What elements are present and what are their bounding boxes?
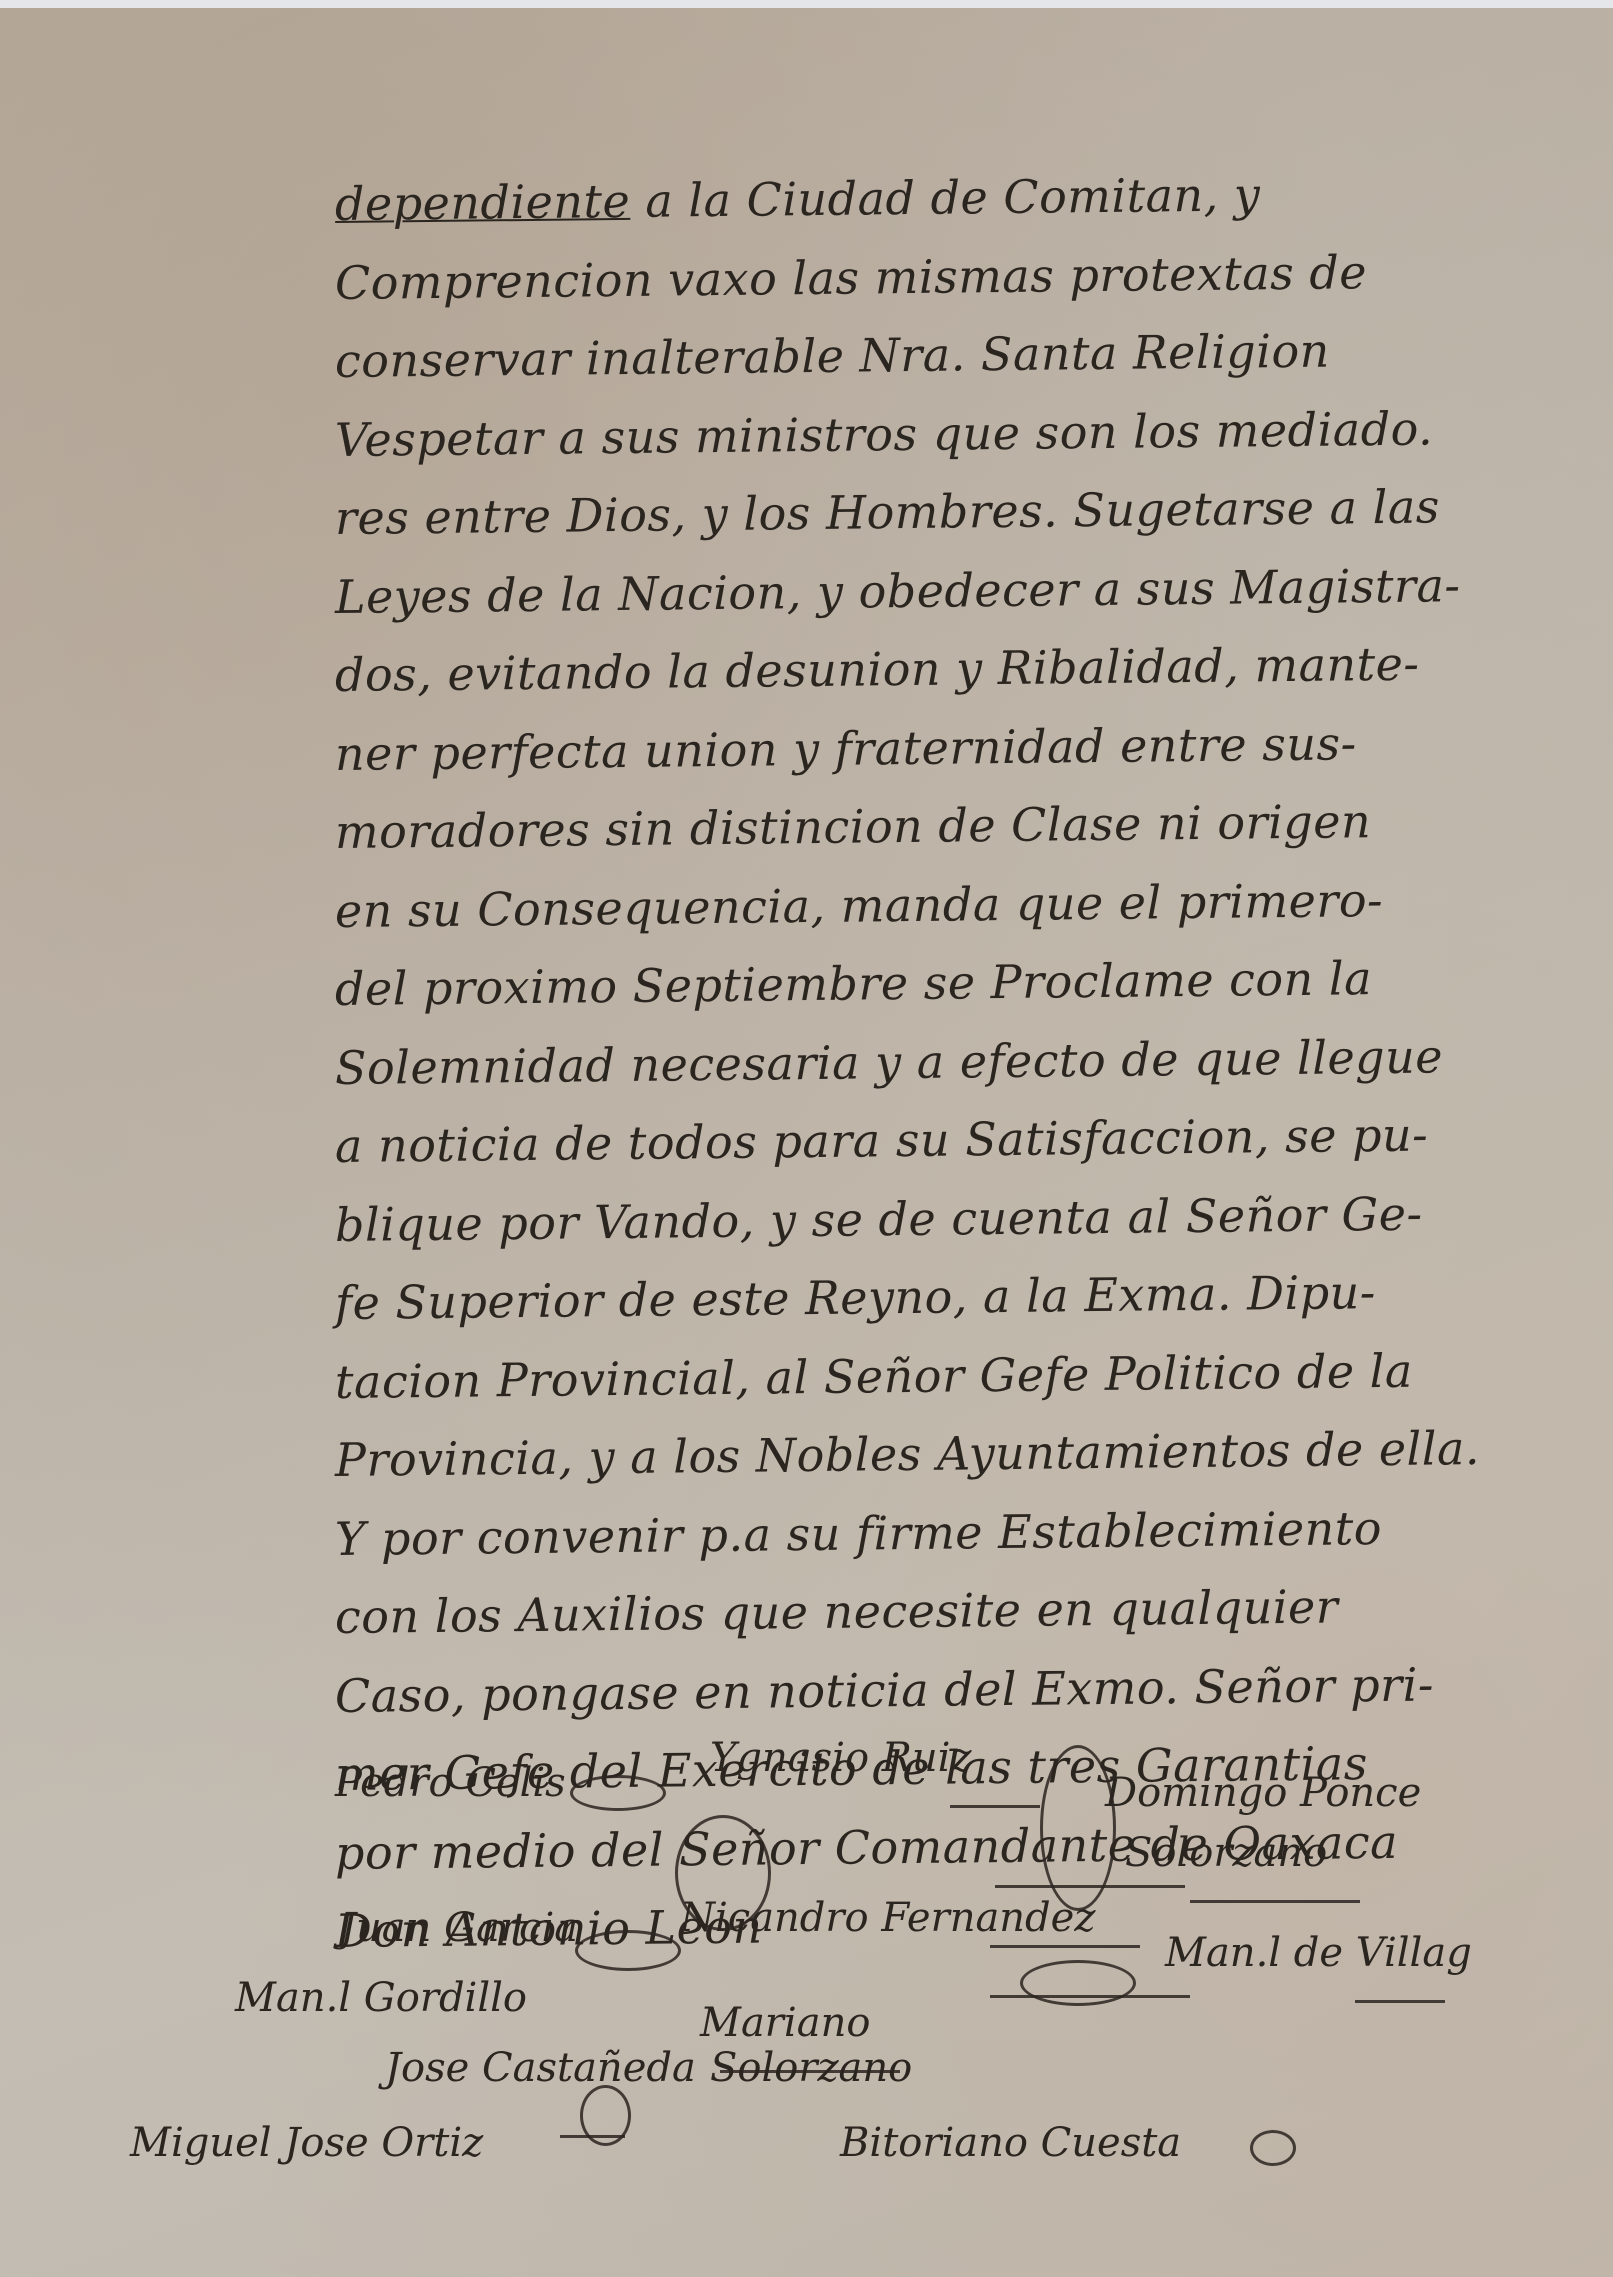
rubric-stroke [995,1885,1185,1888]
line-text: conservar inalterable Nra. Santa Religio… [335,324,1330,388]
manuscript-line: Comprencion vaxo las mismas protextas de [335,232,1456,322]
line-text: a la Ciudad de Comitan, y [630,167,1261,228]
manuscript-line: Solemnidad necesaria y a efecto de que l… [335,1017,1456,1107]
signature: Solorzano [1125,1830,1327,1876]
rubric-stroke [990,1995,1190,1998]
signature: Man.l de Villag [1165,1930,1472,1976]
rubric-stroke [990,1945,1140,1948]
signature: Mariano [700,2000,870,2046]
signature: Pedro Celis [335,1760,566,1806]
signature: Jose Castañeda [385,2045,696,2091]
manuscript-line: res entre Dios, y los Hombres. Sugetarse… [335,467,1456,557]
line-text: res entre Dios, y los Hombres. Sugetarse… [335,479,1440,545]
rubric-flourish [675,1815,771,1931]
manuscript-line: tacion Provincial, al Señor Gefe Politic… [335,1331,1456,1421]
line-text: dos, evitando la desunion y Ribalidad, m… [335,637,1420,702]
rubric-flourish [1020,1960,1136,2006]
manuscript-line: en su Consequencia, manda que el primero… [335,860,1456,950]
line-text: a noticia de todos para su Satisfaccion,… [335,1108,1429,1173]
line-text: fe Superior de este Reyno, a la Exma. Di… [335,1265,1376,1330]
signature: Bitoriano Cuesta [840,2120,1181,2166]
signature: Solorzano [710,2045,912,2091]
manuscript-line: Y por convenir p.a su firme Establecimie… [335,1488,1456,1578]
manuscript-line: dos, evitando la desunion y Ribalidad, m… [335,624,1456,714]
scan-top-edge [0,0,1613,8]
manuscript-line: blique por Vando, y se de cuenta al Seño… [335,1174,1456,1264]
manuscript-body: dependiente a la Ciudad de Comitan, yCom… [335,165,1455,1971]
rubric-stroke [720,2070,900,2073]
line-text: Vespetar a sus ministros que son los med… [335,401,1434,466]
rubric-flourish [570,1775,666,1811]
rubric-stroke [560,2135,625,2138]
signature: Man.l Gordillo [235,1975,527,2021]
line-text: ner perfecta union y fraternidad entre s… [335,716,1357,781]
manuscript-line: del proximo Septiembre se Proclame con l… [335,938,1456,1028]
line-text: con los Auxilios que necesite en qualqui… [335,1579,1339,1644]
manuscript-line: Leyes de la Nacion, y obedecer a sus Mag… [335,546,1456,636]
signature: Miguel Jose Ortiz [130,2120,483,2166]
line-text: Solemnidad necesaria y a efecto de que l… [335,1029,1444,1095]
rubric-flourish [1250,2130,1296,2166]
signature: Domingo Ponce [1105,1770,1421,1816]
underlined-first-word: dependiente [335,174,631,231]
manuscript-line: Provincia, y a los Nobles Ayuntamientos … [335,1409,1456,1499]
line-text: Leyes de la Nacion, y obedecer a sus Mag… [335,558,1461,624]
line-text: blique por Vando, y se de cuenta al Seño… [335,1186,1423,1251]
signature: Ygnasio Ruiz [710,1735,971,1781]
manuscript-line: Caso, pongase en noticia del Exmo. Señor… [335,1645,1456,1735]
manuscript-line: con los Auxilios que necesite en qualqui… [335,1566,1456,1656]
rubric-stroke [1190,1900,1360,1903]
manuscript-line: Vespetar a sus ministros que son los med… [335,389,1456,479]
rubric-stroke [950,1805,1040,1808]
line-text: tacion Provincial, al Señor Gefe Politic… [335,1343,1413,1408]
manuscript-line: fe Superior de este Reyno, a la Exma. Di… [335,1252,1456,1342]
signature: Juan Garcia [340,1905,578,1951]
rubric-stroke [1355,2000,1445,2003]
line-text: en su Consequencia, manda que el primero… [335,873,1384,938]
manuscript-line: a noticia de todos para su Satisfaccion,… [335,1095,1456,1185]
line-text: del proximo Septiembre se Proclame con l… [335,951,1373,1016]
line-text: Y por convenir p.a su firme Establecimie… [335,1501,1382,1566]
line-text: Caso, pongase en noticia del Exmo. Señor… [335,1657,1434,1723]
manuscript-line: conservar inalterable Nra. Santa Religio… [335,310,1456,400]
line-text: Comprencion vaxo las mismas protextas de [335,245,1368,310]
manuscript-line: ner perfecta union y fraternidad entre s… [335,703,1456,793]
line-text: Provincia, y a los Nobles Ayuntamientos … [335,1421,1481,1487]
manuscript-line: dependiente a la Ciudad de Comitan, y [335,153,1456,243]
line-text: moradores sin distincion de Clase ni ori… [335,794,1372,859]
rubric-flourish [575,1930,681,1971]
manuscript-line: moradores sin distincion de Clase ni ori… [335,781,1456,871]
